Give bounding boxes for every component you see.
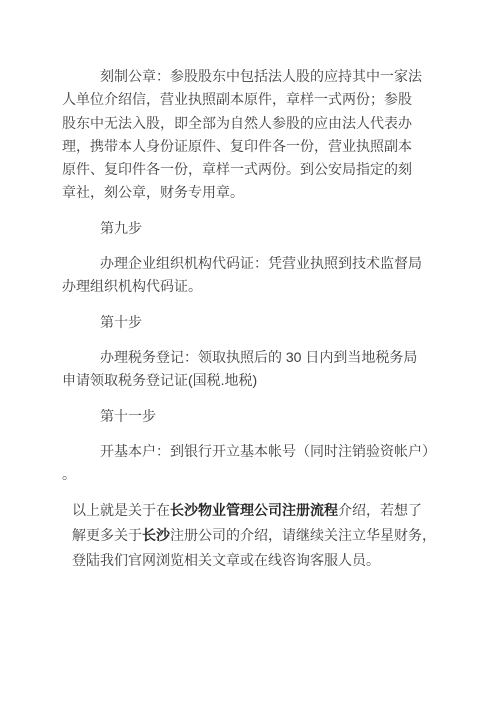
document-page: 刻制公章：参股股东中包括法人股的应持其中一家法 人单位介绍信，营业执照副本原件，… <box>0 0 500 706</box>
closing-paragraph: 以上就是关于在长沙物业管理公司注册流程介绍，若想了 解更多关于长沙注册公司的介绍… <box>62 498 430 573</box>
paragraph-line: 。 <box>62 463 422 486</box>
paragraph-line: 章社，刻公章，财务专用章。 <box>62 181 422 204</box>
article-body: 刻制公章：参股股东中包括法人股的应持其中一家法 人单位介绍信，营业执照副本原件，… <box>62 65 422 573</box>
closing-line: 解更多关于长沙注册公司的介绍，请继续关注立华星财务， <box>72 523 430 548</box>
closing-text: 介绍，若想了 <box>338 502 422 518</box>
paragraph-line: 刻制公章：参股股东中包括法人股的应持其中一家法 <box>62 65 422 88</box>
closing-text: 登陆我们官网浏览相关文章或在线咨询客服人员。 <box>72 552 380 568</box>
paragraph-tax-registration: 办理税务登记：领取执照后的 30 日内到当地税务局 申请领取税务登记证(国税.地… <box>62 346 422 393</box>
step-heading-eleven: 第十一步 <box>62 405 422 428</box>
closing-text: 以上就是关于在 <box>72 502 170 518</box>
step-heading-nine: 第九步 <box>62 217 422 240</box>
paragraph-line: 人单位介绍信，营业执照副本原件，章样一式两份；参股 <box>62 88 422 111</box>
closing-bold-keyword: 长沙物业管理公司注册流程 <box>170 502 338 518</box>
step-heading-ten: 第十步 <box>62 311 422 334</box>
closing-line: 登陆我们官网浏览相关文章或在线咨询客服人员。 <box>72 548 430 573</box>
closing-line: 以上就是关于在长沙物业管理公司注册流程介绍，若想了 <box>72 498 430 523</box>
paragraph-line: 原件、复印件各一份，章样一式两份。到公安局指定的刻 <box>62 158 422 181</box>
paragraph-bank-account: 开基本户：到银行开立基本帐号（同时注销验资帐户） 。 <box>62 440 422 487</box>
paragraph-line: 办理企业组织机构代码证：凭营业执照到技术监督局 <box>62 252 422 275</box>
closing-text: 注册公司的介绍，请继续关注立华星财务， <box>170 527 436 543</box>
paragraph-line: 股东中无法入股，即全部为自然人参股的应由法人代表办 <box>62 112 422 135</box>
paragraph-line: 开基本户：到银行开立基本帐号（同时注销验资帐户） <box>62 440 422 463</box>
paragraph-seal-carving: 刻制公章：参股股东中包括法人股的应持其中一家法 人单位介绍信，营业执照副本原件，… <box>62 65 422 205</box>
closing-text: 解更多关于 <box>72 527 142 543</box>
paragraph-line: 理，携带本人身份证原件、复印件各一份，营业执照副本 <box>62 135 422 158</box>
paragraph-line: 办理税务登记：领取执照后的 30 日内到当地税务局 <box>62 346 422 369</box>
paragraph-line: 申请领取税务登记证(国税.地税) <box>62 369 422 392</box>
closing-bold-keyword: 长沙 <box>142 527 170 543</box>
paragraph-line: 办理组织机构代码证。 <box>62 275 422 298</box>
paragraph-org-code: 办理企业组织机构代码证：凭营业执照到技术监督局 办理组织机构代码证。 <box>62 252 422 299</box>
